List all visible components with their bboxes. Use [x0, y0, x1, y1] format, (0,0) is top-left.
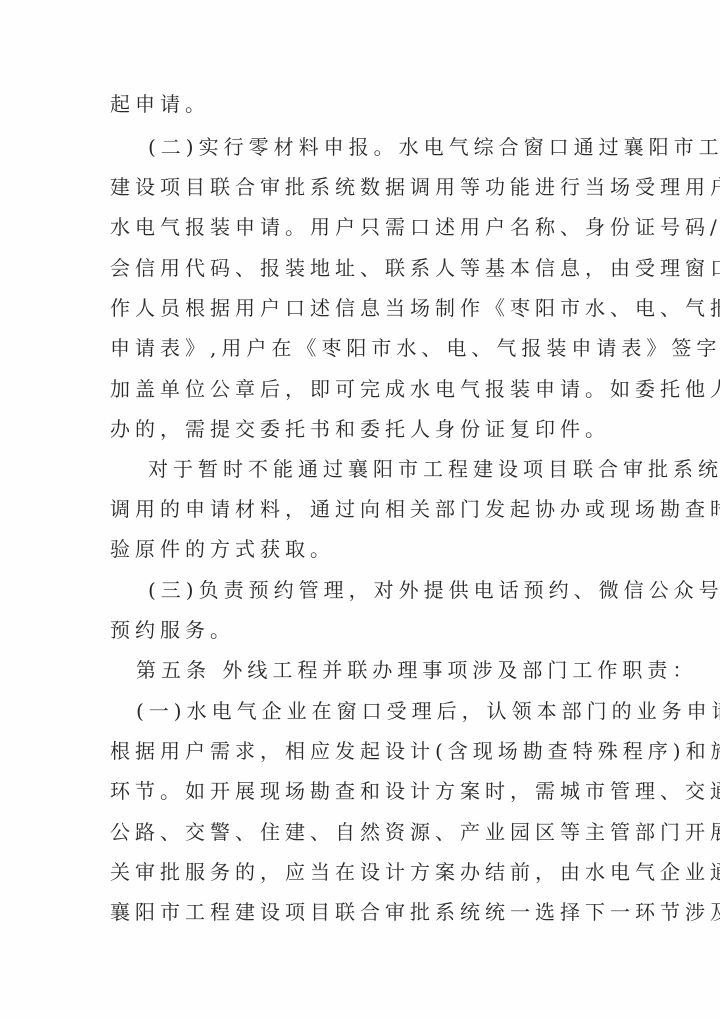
text-line: 验原件的方式获取。: [110, 537, 630, 561]
text-line: 水电气报装申请。用户只需口述用户名称、身份证号码/社: [110, 215, 630, 239]
text-line: 会信用代码、报装地址、联系人等基本信息，由受理窗口工: [110, 256, 630, 280]
text-line: (三)负责预约管理，对外提供电话预约、微信公众号等: [148, 578, 668, 602]
text-line: 起申请。: [110, 92, 630, 116]
text-line: 关审批服务的，应当在设计方案办结前，由水电气企业通过: [110, 860, 630, 884]
text-line: 环节。如开展现场勘查和设计方案时，需城市管理、交通、: [110, 779, 630, 803]
text-line: (一)水电气企业在窗口受理后，认领本部门的业务申请，: [136, 699, 656, 723]
text-line: 作人员根据用户口述信息当场制作《枣阳市水、电、气报装: [110, 296, 630, 320]
text-line: 公路、交警、住建、自然资源、产业园区等主管部门开展相: [110, 820, 630, 844]
text-line: 预约服务。: [110, 618, 630, 642]
text-line: 加盖单位公章后，即可完成水电气报装申请。如委托他人代: [110, 377, 630, 401]
text-line: (二)实行零材料申报。水电气综合窗口通过襄阳市工程: [148, 135, 668, 159]
document-page: 起申请。 (二)实行零材料申报。水电气综合窗口通过襄阳市工程 建设项目联合审批系…: [0, 0, 720, 1018]
text-line: 根据用户需求，相应发起设计(含现场勘查特殊程序)和施工: [110, 739, 630, 763]
text-line: 襄阳市工程建设项目联合审批系统统一选择下一环节涉及: [110, 900, 630, 924]
text-line: 办的，需提交委托书和委托人身份证复印件。: [110, 417, 630, 441]
text-line: 调用的申请材料，通过向相关部门发起协办或现场勘查时核: [110, 497, 630, 521]
text-line: 对于暂时不能通过襄阳市工程建设项目联合审批系统: [148, 457, 668, 481]
text-line: 申请表》,用户在《枣阳市水、电、气报装申请表》签字并(或): [110, 336, 630, 360]
text-line: 建设项目联合审批系统数据调用等功能进行当场受理用户: [110, 175, 630, 199]
section-heading: 第五条 外线工程并联办理事项涉及部门工作职责：: [136, 658, 656, 682]
